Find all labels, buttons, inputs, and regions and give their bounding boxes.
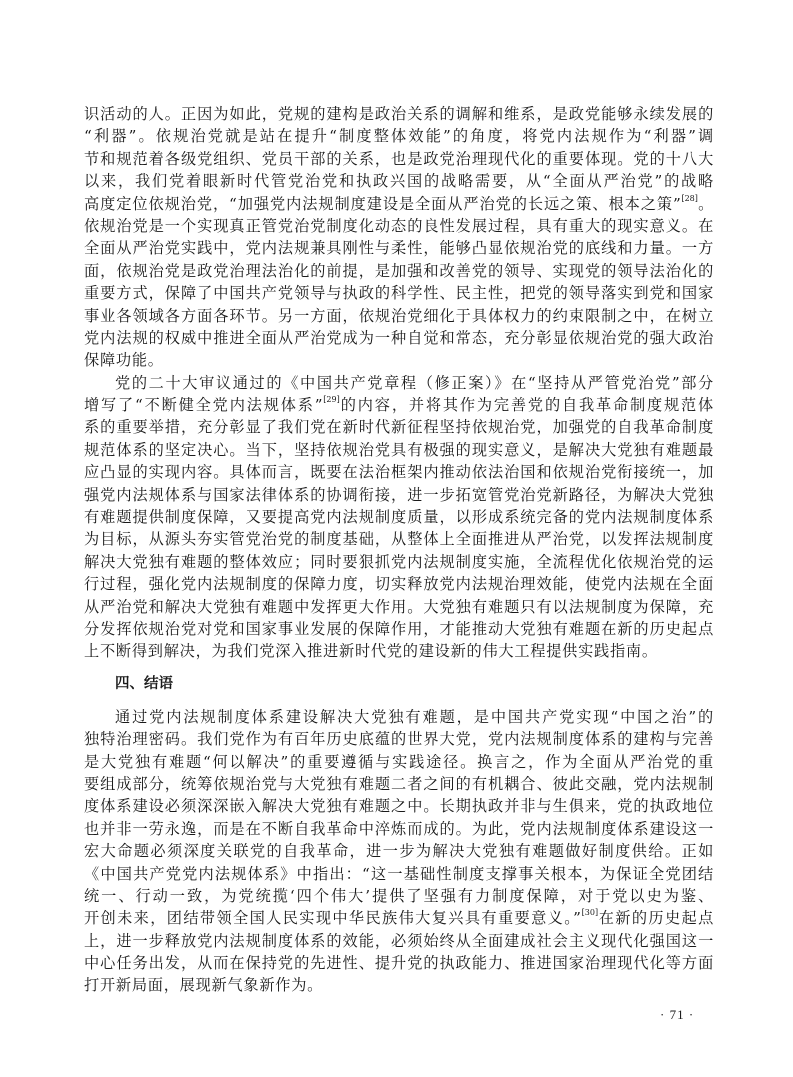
text-line: 上不断得到解决，为我们党深入推进新时代党的建设新的伟大工程提供实践指南。: [84, 640, 714, 662]
text-line: 应凸显的实现内容。具体而言，既要在法治框架内推动依法治国和依规治党衔接统一，加: [84, 461, 714, 483]
text-line: 重要方式，保障了中国共产党领导与执政的科学性、民主性，把党的领导落实到党和国家: [84, 282, 714, 304]
text-line-tail: 的内容，并将其作为完善党的自我革命制度规范体: [340, 396, 714, 414]
text-line-with-citation: 增写了“不断健全党内法规体系”[29]的内容，并将其作为完善党的自我革命制度规范…: [84, 394, 714, 416]
text-line: 中心任务出发，从而在保持党的先进性、提升党的执政能力、推进国家治理现代化等方面: [84, 952, 714, 974]
text-line-with-citation: 高度定位依规治党，“加强党内法规制度建设是全面从严治党的长远之策、根本之策”[2…: [84, 193, 714, 215]
text-line: 全面从严治党实践中，党内法规兼具刚性与柔性，能够凸显依规治党的底线和力量。一方: [84, 237, 714, 259]
paragraph-2: 党的二十大审议通过的《中国共产党章程（修正案）》在“坚持从严管党治党”部分 增写…: [84, 372, 714, 663]
text-line: 从严治党和解决大党独有难题中发挥更大作用。大党独有难题只有以法规制度为保障，充: [84, 596, 714, 618]
citation-30: [30]: [582, 908, 598, 917]
text-line: 面，依规治党是政党治理法治化的前提，是加强和改善党的领导、实现党的领导法治化的: [84, 260, 714, 282]
text-line: 依规治党是一个实现真正管党治党制度化动态的良性发展过程，具有重大的现实意义。在: [84, 215, 714, 237]
text-line: 也并非一劳永逸，而是在不断自我革命中淬炼而成的。为此，党内法规制度体系建设这一: [84, 818, 714, 840]
text-line: 党的二十大审议通过的《中国共产党章程（修正案）》在“坚持从严管党治党”部分: [84, 372, 714, 394]
text-line: 增写了“不断健全党内法规体系”: [84, 396, 323, 414]
section-heading: 四、结语: [84, 673, 714, 695]
text-line: 节和规范着各级党组织、党员干部的关系，也是政党治理现代化的重要体现。党的十八大: [84, 148, 714, 170]
text-line: 识活动的人。正因为如此，党规的建构是政治关系的调解和维系，是政党能够永续发展的: [84, 103, 714, 125]
text-line: 分发挥依规治党对党和国家事业发展的保障作用，才能推动大党独有难题在新的历史起点: [84, 618, 714, 640]
page-number: · 71 ·: [660, 1007, 694, 1023]
text-line: 高度定位依规治党，“加强党内法规制度建设是全面从严治党的长远之策、根本之策”: [84, 195, 681, 213]
text-line: 宏大命题必须深度关联党的自我革命，进一步为解决大党独有难题做好制度供给。正如: [84, 840, 714, 862]
text-line: 有难题提供制度保障，又要提高党内法规制度质量，以形成系统完备的党内法规制度体系: [84, 506, 714, 528]
text-line: 事业各领域各方面各环节。另一方面，依规治党细化于具体权力的约束限制之中，在树立: [84, 305, 714, 327]
text-line: 度体系建设必须深深嵌入解决大党独有难题之中。长期执政并非与生俱来，党的执政地位: [84, 795, 714, 817]
paragraph-1: 识活动的人。正因为如此，党规的建构是政治关系的调解和维系，是政党能够永续发展的 …: [84, 103, 714, 372]
text-line: 行过程，强化党内法规制度的保障力度，切实释放党内法规治理效能，使党内法规在全面: [84, 573, 714, 595]
document-body: 识活动的人。正因为如此，党规的建构是政治关系的调解和维系，是政党能够永续发展的 …: [84, 103, 714, 997]
text-line: 解决大党独有难题的整体效应；同时要狠抓党内法规制度实施，全流程优化依规治党的运: [84, 551, 714, 573]
text-line: 打开新局面，展现新气象新作为。: [84, 974, 714, 996]
citation-28: [28]: [681, 194, 697, 203]
text-line: 以来，我们党着眼新时代管党治党和执政兴国的战略需要，从“全面从严治党”的战略: [84, 170, 714, 192]
citation-29: [29]: [323, 395, 339, 404]
text-line: 党内法规的权威中推进全面从严治党成为一种自觉和常态，充分彰显依规治党的强大政治: [84, 327, 714, 349]
text-line: 保障功能。: [84, 349, 714, 371]
paragraph-3: 通过党内法规制度体系建设解决大党独有难题，是中国共产党实现“中国之治”的 独特治…: [84, 706, 714, 997]
text-line: 独特治理密码。我们党作为有百年历史底蕴的世界大党，党内法规制度体系的建构与完善: [84, 728, 714, 750]
text-line: 系的重要举措，充分彰显了我们党在新时代新征程坚持依规治党，加强党的自我革命制度: [84, 416, 714, 438]
text-line-tail: 在新的历史起点: [598, 909, 714, 927]
text-line-with-citation: 开创未来，团结带领全国人民实现中华民族伟大复兴具有重要意义。”[30]在新的历史…: [84, 907, 714, 929]
text-line: 上，进一步释放党内法规制度体系的效能，必须始终从全面建成社会主义现代化强国这一: [84, 930, 714, 952]
text-line: 强党内法规体系与国家法律体系的协调衔接，进一步拓宽管党治党新路径，为解决大党独: [84, 484, 714, 506]
text-line: 为目标，从源头夯实管党治党的制度基础，从整体上全面推进从严治党，以发挥法规制度: [84, 528, 714, 550]
text-line: 要组成部分，统筹依规治党与大党独有难题二者之间的有机耦合、彼此交融，党内法规制: [84, 773, 714, 795]
text-line: 是大党独有难题“何以解决”的重要遵循与实践途径。换言之，作为全面从严治党的重: [84, 751, 714, 773]
text-line: 通过党内法规制度体系建设解决大党独有难题，是中国共产党实现“中国之治”的: [84, 706, 714, 728]
text-line: 统一、行动一致，为党统揽‘四个伟大’提供了坚强有力制度保障，对于党以史为鉴、: [84, 885, 714, 907]
text-line: 《中国共产党党内法规体系》中指出：“这一基础性制度支撑事关根本，为保证全党团结: [84, 863, 714, 885]
text-line: 开创未来，团结带领全国人民实现中华民族伟大复兴具有重要意义。”: [84, 909, 582, 927]
punctuation: 。: [698, 195, 714, 213]
text-line: 规范体系的坚定决心。当下，坚持依规治党具有极强的现实意义，是解决大党独有难题最: [84, 439, 714, 461]
text-line: “利器”。依规治党就是站在提升“制度整体效能”的角度，将党内法规作为“利器”调: [84, 125, 714, 147]
